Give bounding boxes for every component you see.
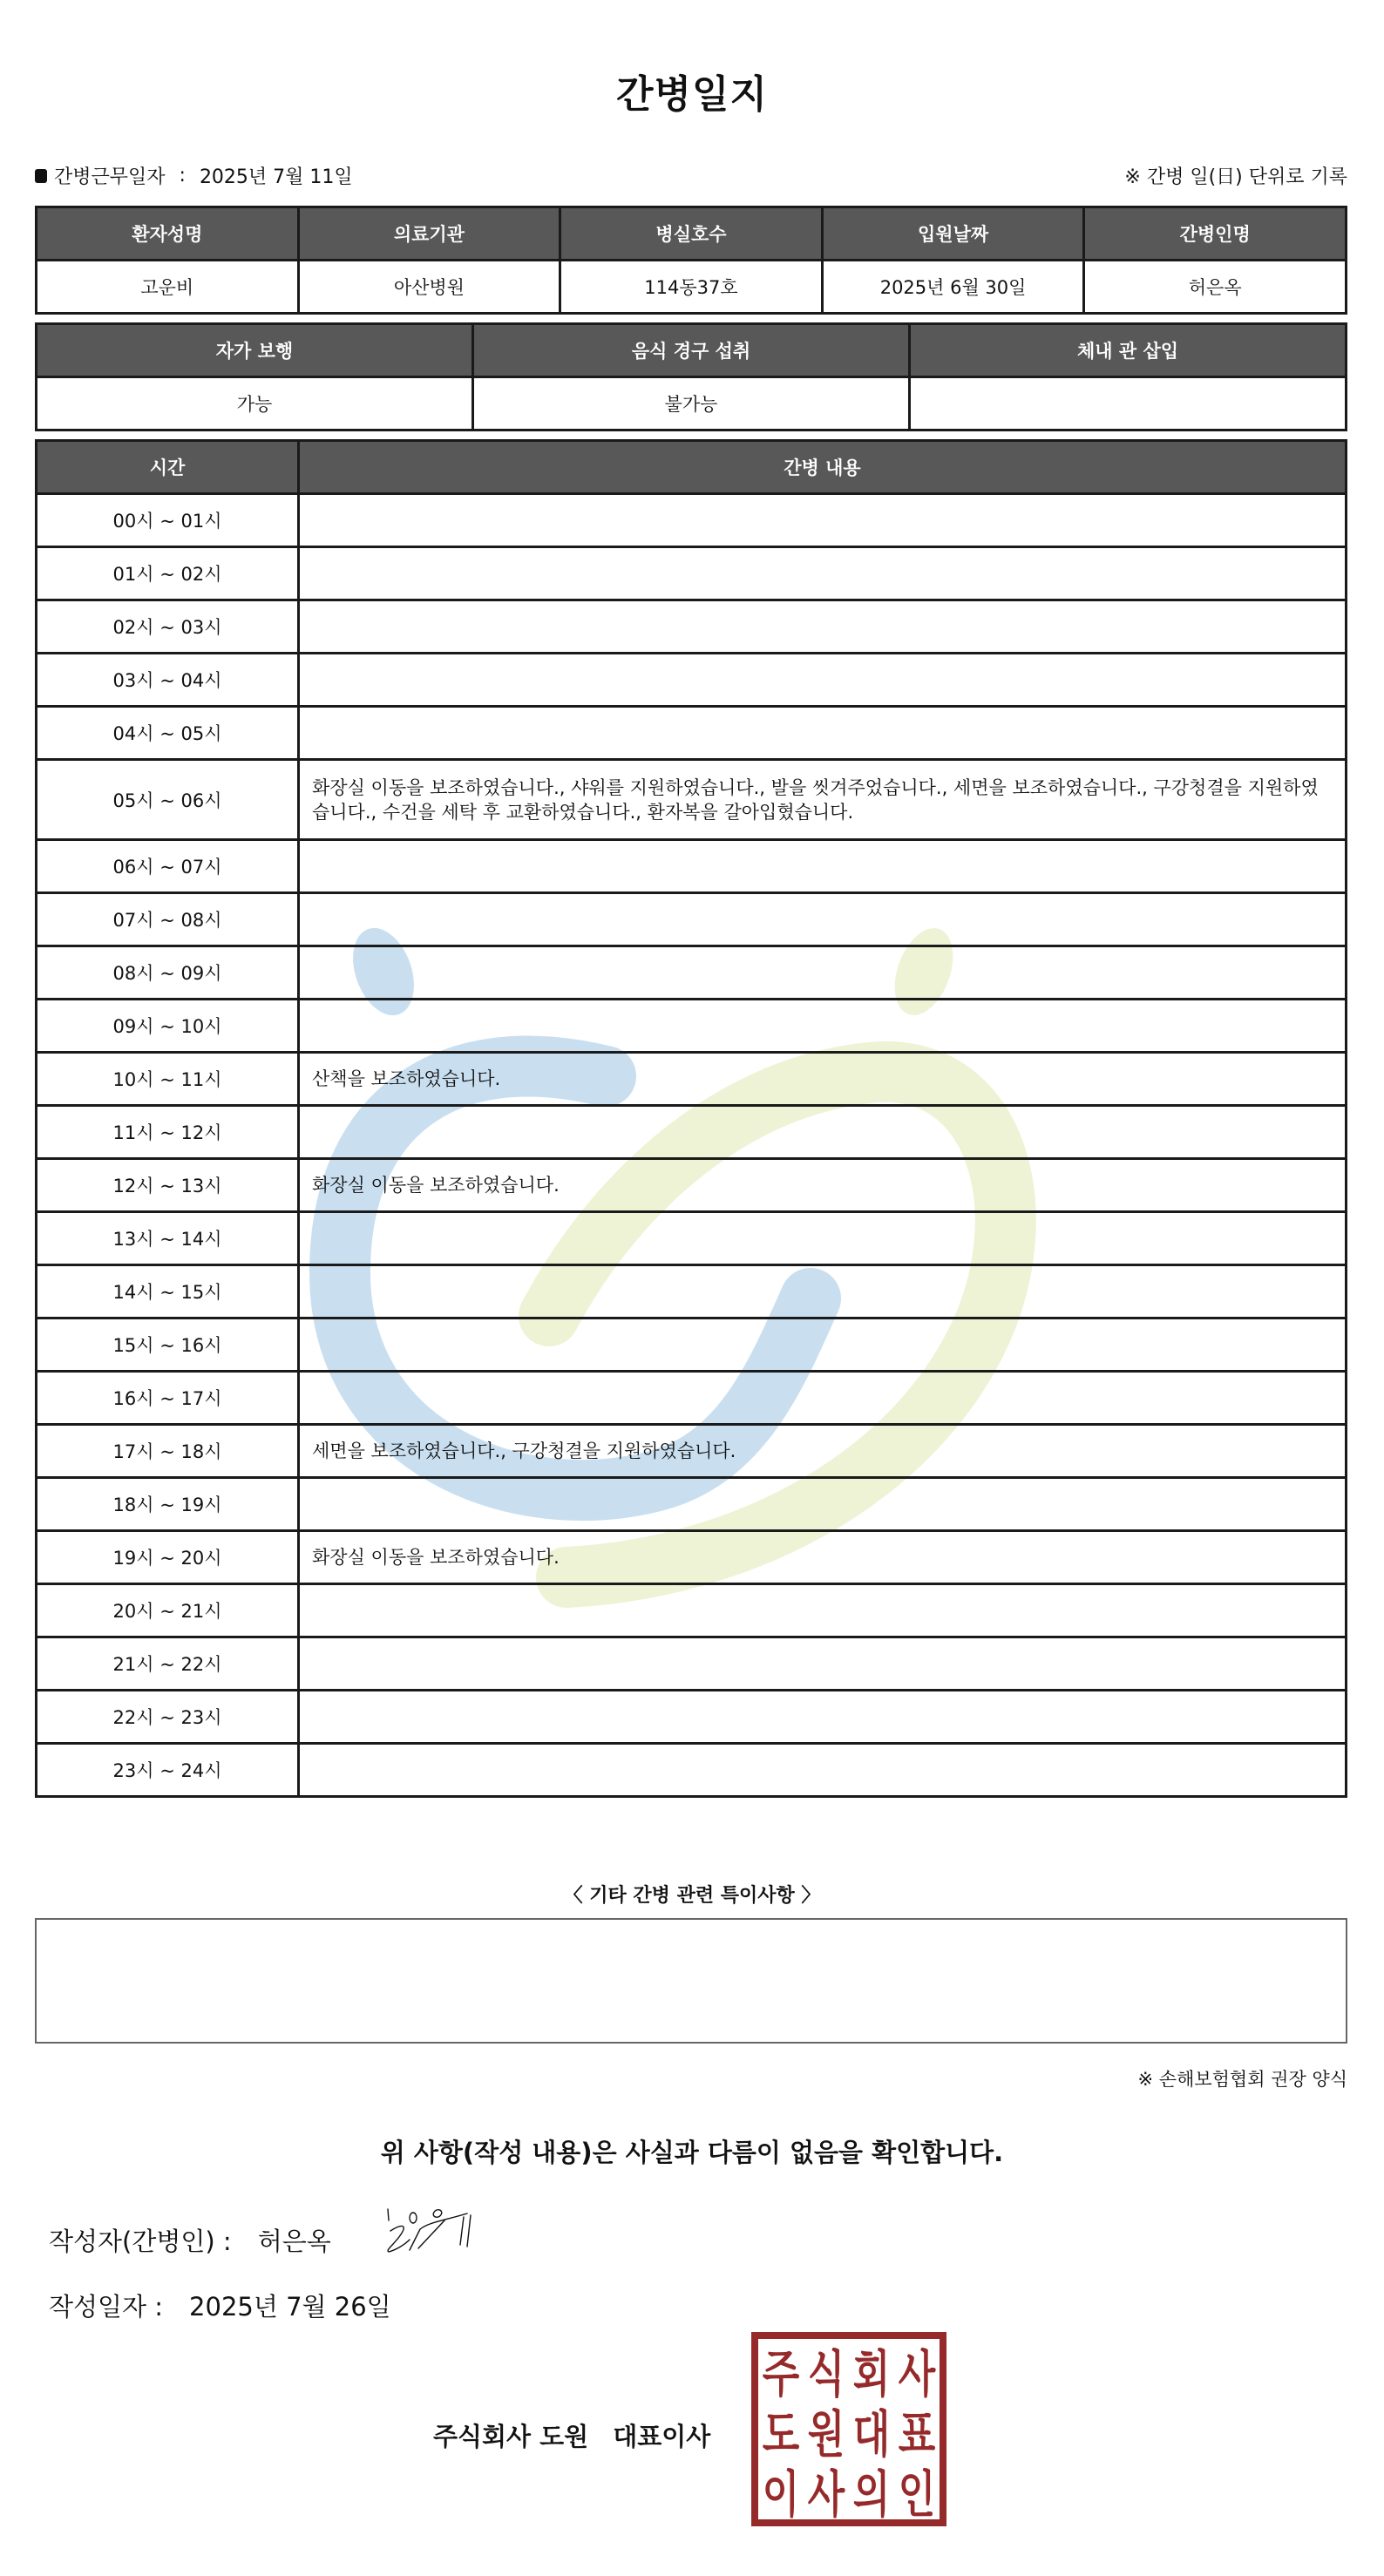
care-content: 화장실 이동을 보조하였습니다., 샤워를 지원하였습니다., 발을 씻겨주었습… — [299, 760, 1347, 840]
care-content — [299, 1478, 1347, 1531]
care-log-row: 03시 ~ 04시 — [37, 654, 1347, 707]
room-number: 114동37호 — [560, 261, 823, 314]
care-log-row: 23시 ~ 24시 — [37, 1744, 1347, 1797]
care-log-row: 01시 ~ 02시 — [37, 547, 1347, 600]
care-log-row: 13시 ~ 14시 — [37, 1212, 1347, 1265]
header-time: 시간 — [37, 441, 299, 494]
time-slot: 15시 ~ 16시 — [37, 1319, 299, 1372]
patient-info-values: 고운비 아산병원 114동37호 2025년 6월 30일 허은옥 — [37, 261, 1347, 314]
tube-insertion — [910, 377, 1347, 430]
care-content — [299, 494, 1347, 547]
care-log-row: 05시 ~ 06시화장실 이동을 보조하였습니다., 샤워를 지원하였습니다.,… — [37, 760, 1347, 840]
care-content — [299, 547, 1347, 600]
patient-info-table: 환자성명 의료기관 병실호수 입원날짜 간병인명 고운비 아산병원 114동37… — [35, 206, 1347, 315]
care-log-row: 11시 ~ 12시 — [37, 1106, 1347, 1159]
header-care-content: 간병 내용 — [299, 441, 1347, 494]
time-slot: 03시 ~ 04시 — [37, 654, 299, 707]
oral-intake: 불가능 — [473, 377, 910, 430]
page-title: 간병일지 — [0, 63, 1384, 119]
care-content — [299, 1691, 1347, 1744]
company-signature-line: 주식회사 도원대표이사 — [433, 2417, 710, 2453]
time-slot: 14시 ~ 15시 — [37, 1265, 299, 1319]
care-content — [299, 893, 1347, 946]
care-content: 세면을 보조하였습니다., 구강청결을 지원하였습니다. — [299, 1425, 1347, 1478]
header-self-walking: 자가 보행 — [37, 324, 473, 377]
time-slot: 10시 ~ 11시 — [37, 1053, 299, 1106]
care-content — [299, 707, 1347, 760]
admission-date: 2025년 6월 30일 — [822, 261, 1084, 314]
time-slot: 17시 ~ 18시 — [37, 1425, 299, 1478]
time-slot: 21시 ~ 22시 — [37, 1637, 299, 1691]
care-log-row: 12시 ~ 13시화장실 이동을 보조하였습니다. — [37, 1159, 1347, 1212]
care-log-row: 19시 ~ 20시화장실 이동을 보조하였습니다. — [37, 1531, 1347, 1584]
company-name: 주식회사 도원 — [433, 2422, 588, 2451]
care-log-row: 06시 ~ 07시 — [37, 840, 1347, 893]
care-content — [299, 1000, 1347, 1053]
seal-character: 사 — [804, 2451, 849, 2529]
header-oral-intake: 음식 경구 섭취 — [473, 324, 910, 377]
confirmation-statement: 위 사항(작성 내용)은 사실과 다름이 없음을 확인합니다. — [0, 2133, 1384, 2169]
special-notes-heading: 〈 기타 간병 관련 특이사항 〉 — [0, 1881, 1384, 1908]
hospital: 아산병원 — [298, 261, 560, 314]
care-log-header: 시간 간병 내용 — [37, 441, 1347, 494]
care-content — [299, 1265, 1347, 1319]
care-content — [299, 1744, 1347, 1797]
header-patient-name: 환자성명 — [37, 207, 299, 261]
care-content — [299, 1212, 1347, 1265]
care-log-row: 14시 ~ 15시 — [37, 1265, 1347, 1319]
time-slot: 11시 ~ 12시 — [37, 1106, 299, 1159]
work-date-separator: : — [180, 165, 186, 186]
patient-name: 고운비 — [37, 261, 299, 314]
care-content — [299, 1319, 1347, 1372]
care-content — [299, 654, 1347, 707]
care-log-row: 15시 ~ 16시 — [37, 1319, 1347, 1372]
care-content: 화장실 이동을 보조하였습니다. — [299, 1531, 1347, 1584]
care-log-row: 20시 ~ 21시 — [37, 1584, 1347, 1637]
care-content: 화장실 이동을 보조하였습니다. — [299, 1159, 1347, 1212]
time-slot: 02시 ~ 03시 — [37, 600, 299, 654]
care-log-row: 22시 ~ 23시 — [37, 1691, 1347, 1744]
seal-character: 인 — [894, 2451, 940, 2529]
work-date: 간병근무일자 : 2025년 7월 11일 — [35, 162, 353, 189]
time-slot: 00시 ~ 01시 — [37, 494, 299, 547]
care-log-row: 21시 ~ 22시 — [37, 1637, 1347, 1691]
care-log-row: 00시 ~ 01시 — [37, 494, 1347, 547]
care-content: 산책을 보조하였습니다. — [299, 1053, 1347, 1106]
care-content — [299, 946, 1347, 1000]
work-date-value: 2025년 7월 11일 — [200, 162, 353, 189]
time-slot: 19시 ~ 20시 — [37, 1531, 299, 1584]
patient-status-table: 자가 보행 음식 경구 섭취 체내 관 삽입 가능 불가능 — [35, 322, 1347, 431]
time-slot: 18시 ~ 19시 — [37, 1478, 299, 1531]
care-content — [299, 1584, 1347, 1637]
work-date-label: 간병근무일자 — [54, 162, 166, 189]
seal-character: 이 — [758, 2451, 804, 2529]
time-slot: 05시 ~ 06시 — [37, 760, 299, 840]
patient-status-values: 가능 불가능 — [37, 377, 1347, 430]
written-date-label: 작성일자 : — [49, 2292, 163, 2322]
care-content — [299, 1372, 1347, 1425]
written-date-value: 2025년 7월 26일 — [189, 2292, 391, 2322]
company-seal-stamp: 주식회사도원대표이사의인 — [751, 2332, 946, 2526]
time-slot: 08시 ~ 09시 — [37, 946, 299, 1000]
patient-status-header: 자가 보행 음식 경구 섭취 체내 관 삽입 — [37, 324, 1347, 377]
bullet-icon — [35, 169, 47, 183]
writer-label: 작성자(간병인) : — [49, 2227, 232, 2256]
care-log-row: 10시 ~ 11시산책을 보조하였습니다. — [37, 1053, 1347, 1106]
care-log-row: 07시 ~ 08시 — [37, 893, 1347, 946]
care-log-row: 17시 ~ 18시세면을 보조하였습니다., 구강청결을 지원하였습니다. — [37, 1425, 1347, 1478]
special-notes-box — [35, 1918, 1347, 2044]
time-slot: 20시 ~ 21시 — [37, 1584, 299, 1637]
care-log-row: 16시 ~ 17시 — [37, 1372, 1347, 1425]
self-walking: 가능 — [37, 377, 473, 430]
writer-line: 작성자(간병인) :허은옥 — [49, 2222, 331, 2258]
care-log-row: 18시 ~ 19시 — [37, 1478, 1347, 1531]
patient-info-header: 환자성명 의료기관 병실호수 입원날짜 간병인명 — [37, 207, 1347, 261]
care-content — [299, 1106, 1347, 1159]
record-unit-note: ※ 간병 일(日) 단위로 기록 — [1124, 162, 1347, 189]
care-log-table: 시간 간병 내용 00시 ~ 01시01시 ~ 02시02시 ~ 03시03시 … — [35, 439, 1347, 1798]
seal-character: 의 — [849, 2451, 894, 2529]
caregiver-name: 허은옥 — [1084, 261, 1347, 314]
written-date-line: 작성일자 :2025년 7월 26일 — [49, 2288, 391, 2323]
header-caregiver-name: 간병인명 — [1084, 207, 1347, 261]
time-slot: 22시 ~ 23시 — [37, 1691, 299, 1744]
writer-name: 허은옥 — [258, 2227, 331, 2256]
time-slot: 16시 ~ 17시 — [37, 1372, 299, 1425]
time-slot: 06시 ~ 07시 — [37, 840, 299, 893]
header-admission-date: 입원날짜 — [822, 207, 1084, 261]
care-content — [299, 840, 1347, 893]
form-source-note: ※ 손해보험협회 권장 양식 — [1138, 2065, 1347, 2091]
care-log-row: 04시 ~ 05시 — [37, 707, 1347, 760]
header-tube-insertion: 체내 관 삽입 — [910, 324, 1347, 377]
care-log-row: 02시 ~ 03시 — [37, 600, 1347, 654]
time-slot: 13시 ~ 14시 — [37, 1212, 299, 1265]
time-slot: 07시 ~ 08시 — [37, 893, 299, 946]
care-content — [299, 1637, 1347, 1691]
time-slot: 01시 ~ 02시 — [37, 547, 299, 600]
time-slot: 04시 ~ 05시 — [37, 707, 299, 760]
seal-characters: 주식회사도원대표이사의인 — [758, 2339, 940, 2519]
care-content — [299, 600, 1347, 654]
care-log-row: 08시 ~ 09시 — [37, 946, 1347, 1000]
header-room: 병실호수 — [560, 207, 823, 261]
time-slot: 12시 ~ 13시 — [37, 1159, 299, 1212]
signature-image — [383, 2205, 484, 2261]
care-log-row: 09시 ~ 10시 — [37, 1000, 1347, 1053]
company-title: 대표이사 — [613, 2422, 710, 2451]
time-slot: 23시 ~ 24시 — [37, 1744, 299, 1797]
time-slot: 09시 ~ 10시 — [37, 1000, 299, 1053]
header-hospital: 의료기관 — [298, 207, 560, 261]
